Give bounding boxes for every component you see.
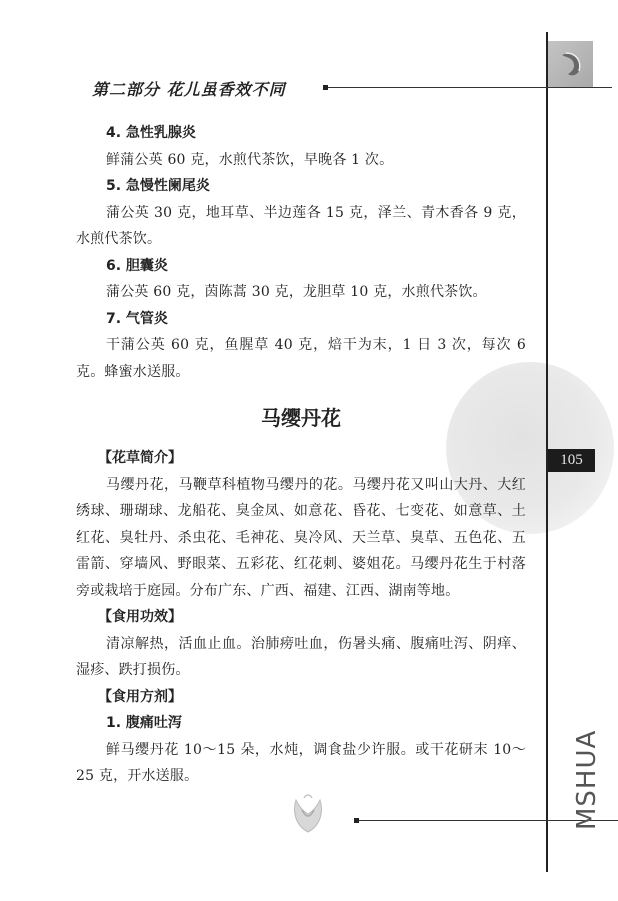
header-rule [326, 87, 612, 88]
recipe-text: 鲜马缨丹花 10～15 朵，水炖，调食盐少许服。或干花研末 10～25 克，开水… [76, 737, 526, 790]
recipe-heading: 1. 腹痛吐泻 [76, 710, 526, 737]
entry-text: 蒲公英 60 克，茵陈蒿 30 克，龙胆草 10 克，水煎代茶饮。 [76, 279, 526, 306]
entry-text: 蒲公英 30 克，地耳草、半边莲各 15 克，泽兰、青木香各 9 克，水煎代茶饮… [76, 200, 526, 253]
entry-text: 干蒲公英 60 克，鱼腥草 40 克，焙干为末，1 日 3 次，每次 6 克。蜂… [76, 332, 526, 385]
header-rule-dot [323, 85, 328, 90]
intro-text: 马缨丹花，马鞭草科植物马缨丹的花。马缨丹花又叫山大丹、大红绣球、珊瑚球、龙船花、… [76, 472, 526, 605]
effects-text: 清凉解热，活血止血。治肺痨吐血，伤暑头痛、腹痛吐泻、阴痒、湿疹、跌打损伤。 [76, 631, 526, 684]
page-number: 105 [548, 449, 595, 472]
article-title: 马缨丹花 [76, 403, 526, 433]
corner-emblem-icon [548, 41, 593, 87]
section-label-recipes: 【食用方剂】 [76, 684, 526, 711]
entry-heading: 4. 急性乳腺炎 [76, 120, 526, 147]
entry-heading: 6. 胆囊炎 [76, 253, 526, 280]
entry-heading: 7. 气管炎 [76, 306, 526, 333]
watermark: MSHUA [572, 730, 602, 830]
running-head: 第二部分 花儿虽香效不同 [92, 77, 286, 100]
book-page: 第二部分 花儿虽香效不同 105 4. 急性乳腺炎 鲜蒲公英 60 克，水煎代茶… [0, 0, 618, 901]
page-body: 4. 急性乳腺炎 鲜蒲公英 60 克，水煎代茶饮，早晚各 1 次。 5. 急慢性… [76, 120, 526, 790]
entry-heading: 5. 急慢性阑尾炎 [76, 173, 526, 200]
flower-ornament-icon [288, 790, 328, 836]
section-label-intro: 【花草简介】 [76, 445, 526, 472]
entry-text: 鲜蒲公英 60 克，水煎代茶饮，早晚各 1 次。 [76, 147, 526, 174]
footer-rule-dot [354, 818, 359, 823]
section-label-effects: 【食用功效】 [76, 604, 526, 631]
